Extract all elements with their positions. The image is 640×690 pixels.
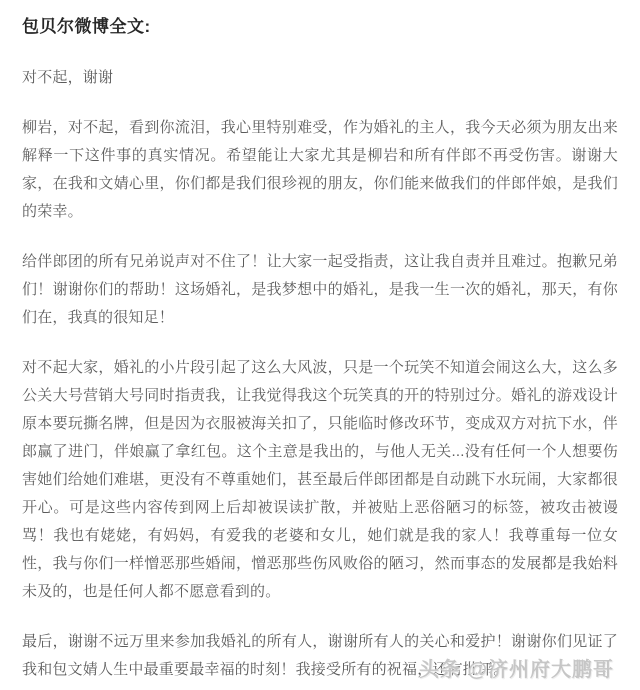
paragraph-apology-liuyan: 柳岩，对不起，看到你流泪，我心里特别难受，作为婚礼的主人，我今天必须为朋友出来解… (22, 114, 618, 226)
paragraph-explanation: 对不起大家，婚礼的小片段引起了这么大风波，只是一个玩笑不知道会闹这么大，这么多公… (22, 354, 618, 606)
paragraph-apology-groomsmen: 给伴郎团的所有兄弟说声对不住了！让大家一起受指责，这让我自责并且难过。抱歉兄弟们… (22, 248, 618, 332)
paragraph-greeting: 对不起，谢谢 (22, 64, 618, 92)
watermark-toutiao-author: 头条 @济州府大鹏哥 (419, 653, 614, 682)
article-title: 包贝尔微博全文: (22, 14, 618, 40)
weibo-article-page: 包贝尔微博全文: 对不起，谢谢 柳岩，对不起，看到你流泪，我心里特别难受，作为婚… (0, 0, 640, 690)
